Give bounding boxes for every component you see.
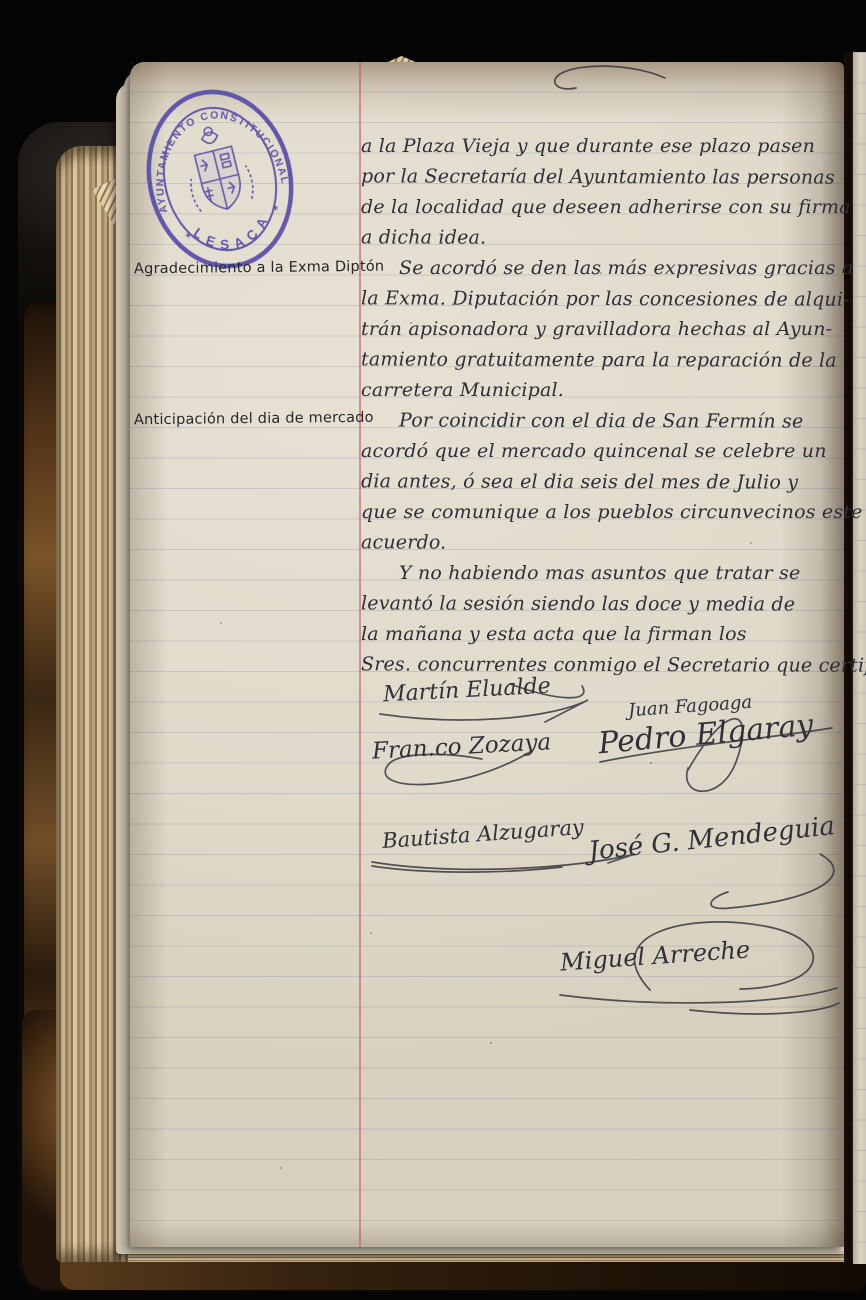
stamp-star-left: ✶ [182, 230, 194, 244]
body-line: a dicha idea. [361, 222, 843, 254]
body-line: carretera Municipal. [361, 375, 843, 406]
signature-francisco-zozaya: Fran.co Zozaya [371, 729, 551, 764]
body-line: por la Secretaría del Ayuntamiento las p… [361, 161, 843, 193]
body-line: levantó la sesión siendo las doce y medi… [361, 588, 843, 620]
signature-bautista-alzugaray: Bautista Alzugaray [381, 815, 584, 853]
body-line: Y no habiendo mas asuntos que tratar se [361, 558, 843, 589]
body-line: trán apisonadora y gravilladora hechas a… [361, 314, 843, 345]
body-line: que se comunique a los pueblos circunvec… [361, 497, 843, 528]
margin-note-anticipacion: Anticipación del dia de mercado [134, 410, 374, 429]
rubric-jose [711, 854, 834, 908]
signature-jose-mendeguia: José G. Mendeguia [587, 811, 836, 867]
signature-miguel-arreche: Miguel Arreche [559, 935, 751, 976]
manuscript-page: AYUNTAMIENTO CONSTITUCIONAL DE LESACA ✶ … [130, 62, 844, 1247]
body-line: dia antes, ó sea el dia seis del mes de … [361, 466, 843, 498]
paper-speckles [130, 62, 132, 64]
body-text: a la Plaza Vieja y que durante ese plazo… [361, 131, 843, 680]
body-line: Se acordó se den las más expresivas grac… [361, 253, 843, 284]
body-line: Por coincidir con el dia de San Fermín s… [361, 405, 843, 437]
body-line: la mañana y esta acta que la firman los [361, 619, 843, 650]
body-line: Sres. concurrentes conmigo el Secretario… [361, 649, 843, 681]
top-flourish [555, 66, 665, 89]
municipal-stamp-icon: AYUNTAMIENTO CONSTITUCIONAL DE LESACA ✶ … [124, 70, 316, 287]
body-line: acuerdo. [361, 527, 843, 559]
margin-note-agradecimiento: Agradecimiento a la Exma Diptón [134, 259, 384, 278]
body-line: acordó que el mercado quincenal se celeb… [361, 436, 843, 467]
manuscript-photo: AYUNTAMIENTO CONSTITUCIONAL DE LESACA ✶ … [0, 0, 866, 1300]
body-line: la Exma. Diputación por las concesiones … [361, 283, 843, 315]
body-line: de la localidad que deseen adherirse con… [361, 192, 843, 223]
body-line: a la Plaza Vieja y que durante ese plazo… [361, 131, 843, 162]
stamp-coat-of-arms [178, 120, 258, 216]
body-line: tamiento gratuitamente para la reparació… [361, 344, 843, 376]
